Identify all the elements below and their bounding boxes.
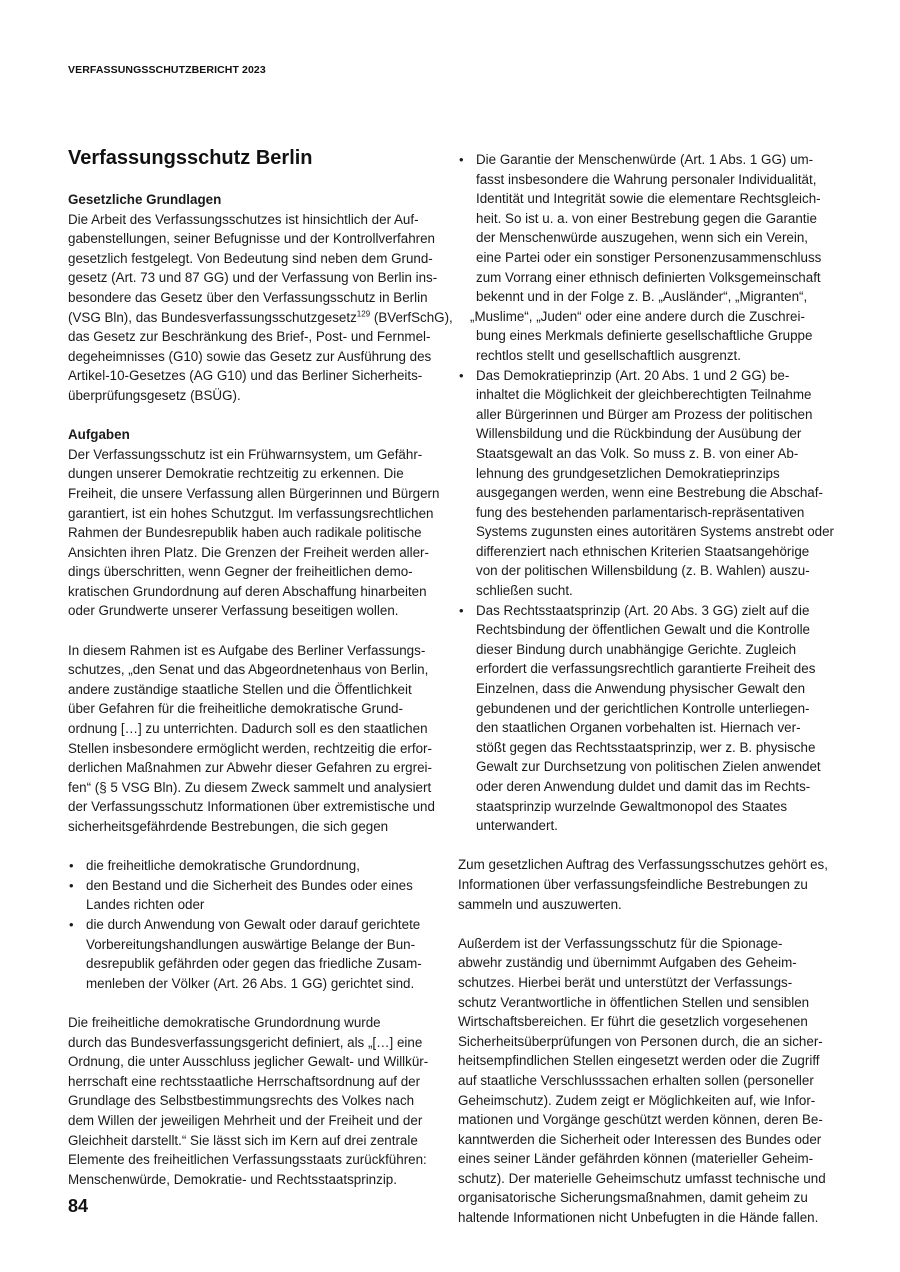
paragraph-fdgo-definition: Die freiheitliche demokratische Grundord… — [68, 1013, 446, 1189]
text-line: von der politischen Willensbildung (z. B… — [476, 561, 842, 581]
page-number: 84 — [68, 1196, 88, 1217]
text-line: Identität und Integrität sowie die eleme… — [476, 189, 842, 209]
list-item-rule-of-law-principle: Das Rechtsstaatsprinzip (Art. 20 Abs. 3 … — [458, 601, 842, 836]
text-line: Willensbildung und die Rückbindung der A… — [476, 424, 842, 444]
text-line: garantiert, ist ein hohes Schutzgut. Im … — [68, 504, 446, 524]
text-line: staatsprinzip wurzelnde Gewaltmonopol de… — [476, 797, 842, 817]
text-line: der Menschenwürde auszugehen, wenn sich … — [476, 228, 842, 248]
text-line: sicherheitsgefährdende Bestrebungen, die… — [68, 817, 446, 837]
text-line: überprüfungsgesetz (BSÜG). — [68, 386, 446, 406]
text-line: bekennt und in der Folge z. B. „Auslände… — [476, 287, 842, 307]
text-line: Das Demokratieprinzip (Art. 20 Abs. 1 un… — [476, 366, 842, 386]
text-line: Sicherheitsüberprüfungen von Personen du… — [458, 1032, 842, 1052]
text-line: über Gefahren für die freiheitliche demo… — [68, 699, 446, 719]
section-heading-legal-basis: Gesetzliche Grundlagen — [68, 190, 446, 210]
text-line: gesetz (Art. 73 und 87 GG) und der Verfa… — [68, 268, 446, 288]
page-title: Verfassungsschutz Berlin — [68, 146, 446, 170]
text-line: Staatsgewalt an das Volk. So muss z. B. … — [476, 444, 842, 464]
text-line: Menschenwürde, Demokratie- und Rechtssta… — [68, 1170, 446, 1190]
text-line: Wirtschaftsbereichen. Er führt die geset… — [458, 1012, 842, 1032]
text-line: durch das Bundesverfassungsgericht defin… — [68, 1033, 446, 1053]
bullet-list-principles: Die Garantie der Menschenwürde (Art. 1 A… — [458, 150, 842, 836]
right-column: Die Garantie der Menschenwürde (Art. 1 A… — [458, 150, 842, 1247]
text-line: schutz). Der materielle Geheimschutz umf… — [458, 1169, 842, 1189]
text-line-with-footnote: (VSG Bln), das Bundesverfassungsschutzge… — [68, 308, 446, 328]
text-line: zum Vorrang einer ethnisch definierten V… — [476, 268, 842, 288]
text-line: menleben der Völker (Art. 26 Abs. 1 GG) … — [86, 974, 446, 994]
text-line: fen“ (§ 5 VSG Bln). Zu diesem Zweck samm… — [68, 778, 446, 798]
bullet-list-threats: die freiheitliche demokratische Grundord… — [68, 856, 446, 993]
section-legal-basis: Gesetzliche Grundlagen Die Arbeit des Ve… — [68, 190, 446, 406]
text-line: eine Partei oder ein sonstiger Personenz… — [476, 248, 842, 268]
text-line: Landes richten oder — [86, 895, 446, 915]
text-line: organisatorische Sicherungsmaßnahmen, da… — [458, 1188, 842, 1208]
paragraph-legal-mandate: Zum gesetzlichen Auftrag des Verfassungs… — [458, 855, 842, 914]
text-line: den Bestand und die Sicherheit des Bunde… — [86, 876, 446, 896]
text-line: auf staatliche Verschlusssachen erhalten… — [458, 1071, 842, 1091]
text-line: Zum gesetzlichen Auftrag des Verfassungs… — [458, 855, 842, 875]
list-item: die durch Anwendung von Gewalt oder dara… — [68, 915, 446, 993]
text-line: ordnung […] zu unterrichten. Dadurch sol… — [68, 719, 446, 739]
list-item: den Bestand und die Sicherheit des Bunde… — [68, 876, 446, 915]
text-line: differenziert nach ethnischen Kriterien … — [476, 542, 842, 562]
text-line: kratischen Grundordnung auf deren Abscha… — [68, 582, 446, 602]
text-line: Ordnung, die unter Ausschluss jeglicher … — [68, 1052, 446, 1072]
text-line: oder Grundwerte unserer Verfassung besei… — [68, 601, 446, 621]
text-line: In diesem Rahmen ist es Aufgabe des Berl… — [68, 641, 446, 661]
text-line: erfordert die verfassungsrechtlich garan… — [476, 659, 842, 679]
text-line: Stellen insbesondere ermöglicht werden, … — [68, 739, 446, 759]
text-line: gabenstellungen, seiner Befugnisse und d… — [68, 229, 446, 249]
text-line: gesetzlich festgelegt. Von Bedeutung sin… — [68, 249, 446, 269]
text-line: schutzes. Hierbei berät und unterstützt … — [458, 973, 842, 993]
text-line: besondere das Gesetz über den Verfassung… — [68, 288, 446, 308]
text-line: Das Rechtsstaatsprinzip (Art. 20 Abs. 3 … — [476, 601, 842, 621]
text-line: dieser Bindung durch unabhängige Gericht… — [476, 640, 842, 660]
text-line: heitsempfindlichen Stellen eingesetzt we… — [458, 1051, 842, 1071]
text-line: schließen sucht. — [476, 581, 842, 601]
text-line: Rechtsbindung der öffentlichen Gewalt un… — [476, 620, 842, 640]
text-line: Einzelnen, dass die Anwendung physischer… — [476, 679, 842, 699]
text-line: kanntwerden die Sicherheit oder Interess… — [458, 1130, 842, 1150]
text-line: Grundlage des Selbstbestimmungsrechts de… — [68, 1091, 446, 1111]
text-line: unterwandert. — [476, 816, 842, 836]
text-line: aller Bürgerinnen und Bürger am Prozess … — [476, 405, 842, 425]
section-heading-tasks: Aufgaben — [68, 425, 446, 445]
text-line: Artikel-10-Gesetzes (AG G10) und das Ber… — [68, 366, 446, 386]
text-line: Die freiheitliche demokratische Grundord… — [68, 1013, 446, 1033]
text-line: stößt gegen das Rechtsstaatsprinzip, wer… — [476, 738, 842, 758]
list-item-democracy-principle: Das Demokratieprinzip (Art. 20 Abs. 1 un… — [458, 366, 842, 601]
text-line: fung des bestehenden parlamentarisch-rep… — [476, 503, 842, 523]
text-line: fasst insbesondere die Wahrung personale… — [476, 170, 842, 190]
text-line: dungen unserer Demokratie rechtzeitig zu… — [68, 464, 446, 484]
text-line: mationen und Vorgänge geschützt werden k… — [458, 1110, 842, 1130]
section-tasks: Aufgaben Der Verfassungsschutz ist ein F… — [68, 425, 446, 621]
text-line: sammeln und auszuwerten. — [458, 895, 842, 915]
text-line: derlichen Maßnahmen zur Abwehr dieser Ge… — [68, 758, 446, 778]
left-column: Verfassungsschutz Berlin Gesetzliche Gru… — [68, 146, 446, 1209]
text-line: Vorbereitungshandlungen auswärtige Belan… — [86, 935, 446, 955]
text-line: schutzes, „den Senat und das Abgeordnete… — [68, 660, 446, 680]
text-line: desrepublik gefährden oder gegen das fri… — [86, 954, 446, 974]
text-line: Gewalt zur Durchsetzung von politischen … — [476, 757, 842, 777]
text-line: ausgegangen werden, wenn eine Bestrebung… — [476, 483, 842, 503]
text-line: den staatlichen Organen vorbehalten ist.… — [476, 718, 842, 738]
text-line: degeheimnisses (G10) sowie das Gesetz zu… — [68, 347, 446, 367]
list-item: die freiheitliche demokratische Grundord… — [68, 856, 446, 876]
text-line: eines seiner Länder gefährden können (ma… — [458, 1149, 842, 1169]
paragraph-counterintelligence: Außerdem ist der Verfassungsschutz für d… — [458, 934, 842, 1228]
text-line: Die Garantie der Menschenwürde (Art. 1 A… — [476, 150, 842, 170]
text-line: haltende Informationen nicht Unbefugten … — [458, 1208, 842, 1228]
footnote-reference[interactable]: 129 — [357, 309, 370, 318]
text-line: Ansichten ihren Platz. Die Grenzen der F… — [68, 543, 446, 563]
text-line: die durch Anwendung von Gewalt oder dara… — [86, 915, 446, 935]
text-line: abwehr zuständig und übernimmt Aufgaben … — [458, 953, 842, 973]
text-line: schutz Verantwortliche in öffentlichen S… — [458, 993, 842, 1013]
text-line: Geheimschutz). Zudem zeigt er Möglichkei… — [458, 1091, 842, 1111]
running-head: VERFASSUNGSSCHUTZBERICHT 2023 — [68, 64, 266, 76]
text-line: Freiheit, die unsere Verfassung allen Bü… — [68, 484, 446, 504]
text-line: Der Verfassungsschutz ist ein Frühwarnsy… — [68, 445, 446, 465]
text-line: „Muslime“, „Juden“ oder eine andere durc… — [470, 307, 842, 327]
text-line: der Verfassungsschutz Informationen über… — [68, 797, 446, 817]
text-line: dings überschritten, wenn Gegner der fre… — [68, 562, 446, 582]
text-line: gebundenen und der gerichtlichen Kontrol… — [476, 699, 842, 719]
text-line: bung eines Merkmals definierte gesellsch… — [476, 326, 842, 346]
paragraph-mandate: In diesem Rahmen ist es Aufgabe des Berl… — [68, 641, 446, 837]
text-line: Elemente des freiheitlichen Verfassungss… — [68, 1150, 446, 1170]
text-line: rechtlos stellt und gesellschaftlich aus… — [476, 346, 842, 366]
text-line: inhaltet die Möglichkeit der gleichberec… — [476, 385, 842, 405]
text-line: herrschaft eine rechtsstaatliche Herrsch… — [68, 1072, 446, 1092]
text-line: heit. So ist u. a. von einer Bestrebung … — [476, 209, 842, 229]
text-line: Gleichheit darstellt.“ Sie lässt sich im… — [68, 1131, 446, 1151]
text-line: Die Arbeit des Verfassungsschutzes ist h… — [68, 210, 446, 230]
text-fragment: (VSG Bln), das Bundesverfassungsschutzge… — [68, 310, 357, 325]
list-item-human-dignity: Die Garantie der Menschenwürde (Art. 1 A… — [458, 150, 842, 366]
text-line: Systems zugunsten eines autoritären Syst… — [476, 522, 842, 542]
text-line: dem Willen der jeweiligen Mehrheit und d… — [68, 1111, 446, 1131]
text-line: oder deren Anwendung duldet und damit da… — [476, 777, 842, 797]
text-fragment: (BVerfSchG), — [370, 310, 453, 325]
text-line: Informationen über verfassungsfeindliche… — [458, 875, 842, 895]
text-line: andere zuständige staatliche Stellen und… — [68, 680, 446, 700]
text-line: Rahmen der Bundesrepublik haben auch rad… — [68, 523, 446, 543]
text-line: das Gesetz zur Beschränkung des Brief-, … — [68, 327, 446, 347]
text-line: Außerdem ist der Verfassungsschutz für d… — [458, 934, 842, 954]
text-line: lehnung des grundgesetzlichen Demokratie… — [476, 464, 842, 484]
text-line: die freiheitliche demokratische Grundord… — [86, 856, 446, 876]
